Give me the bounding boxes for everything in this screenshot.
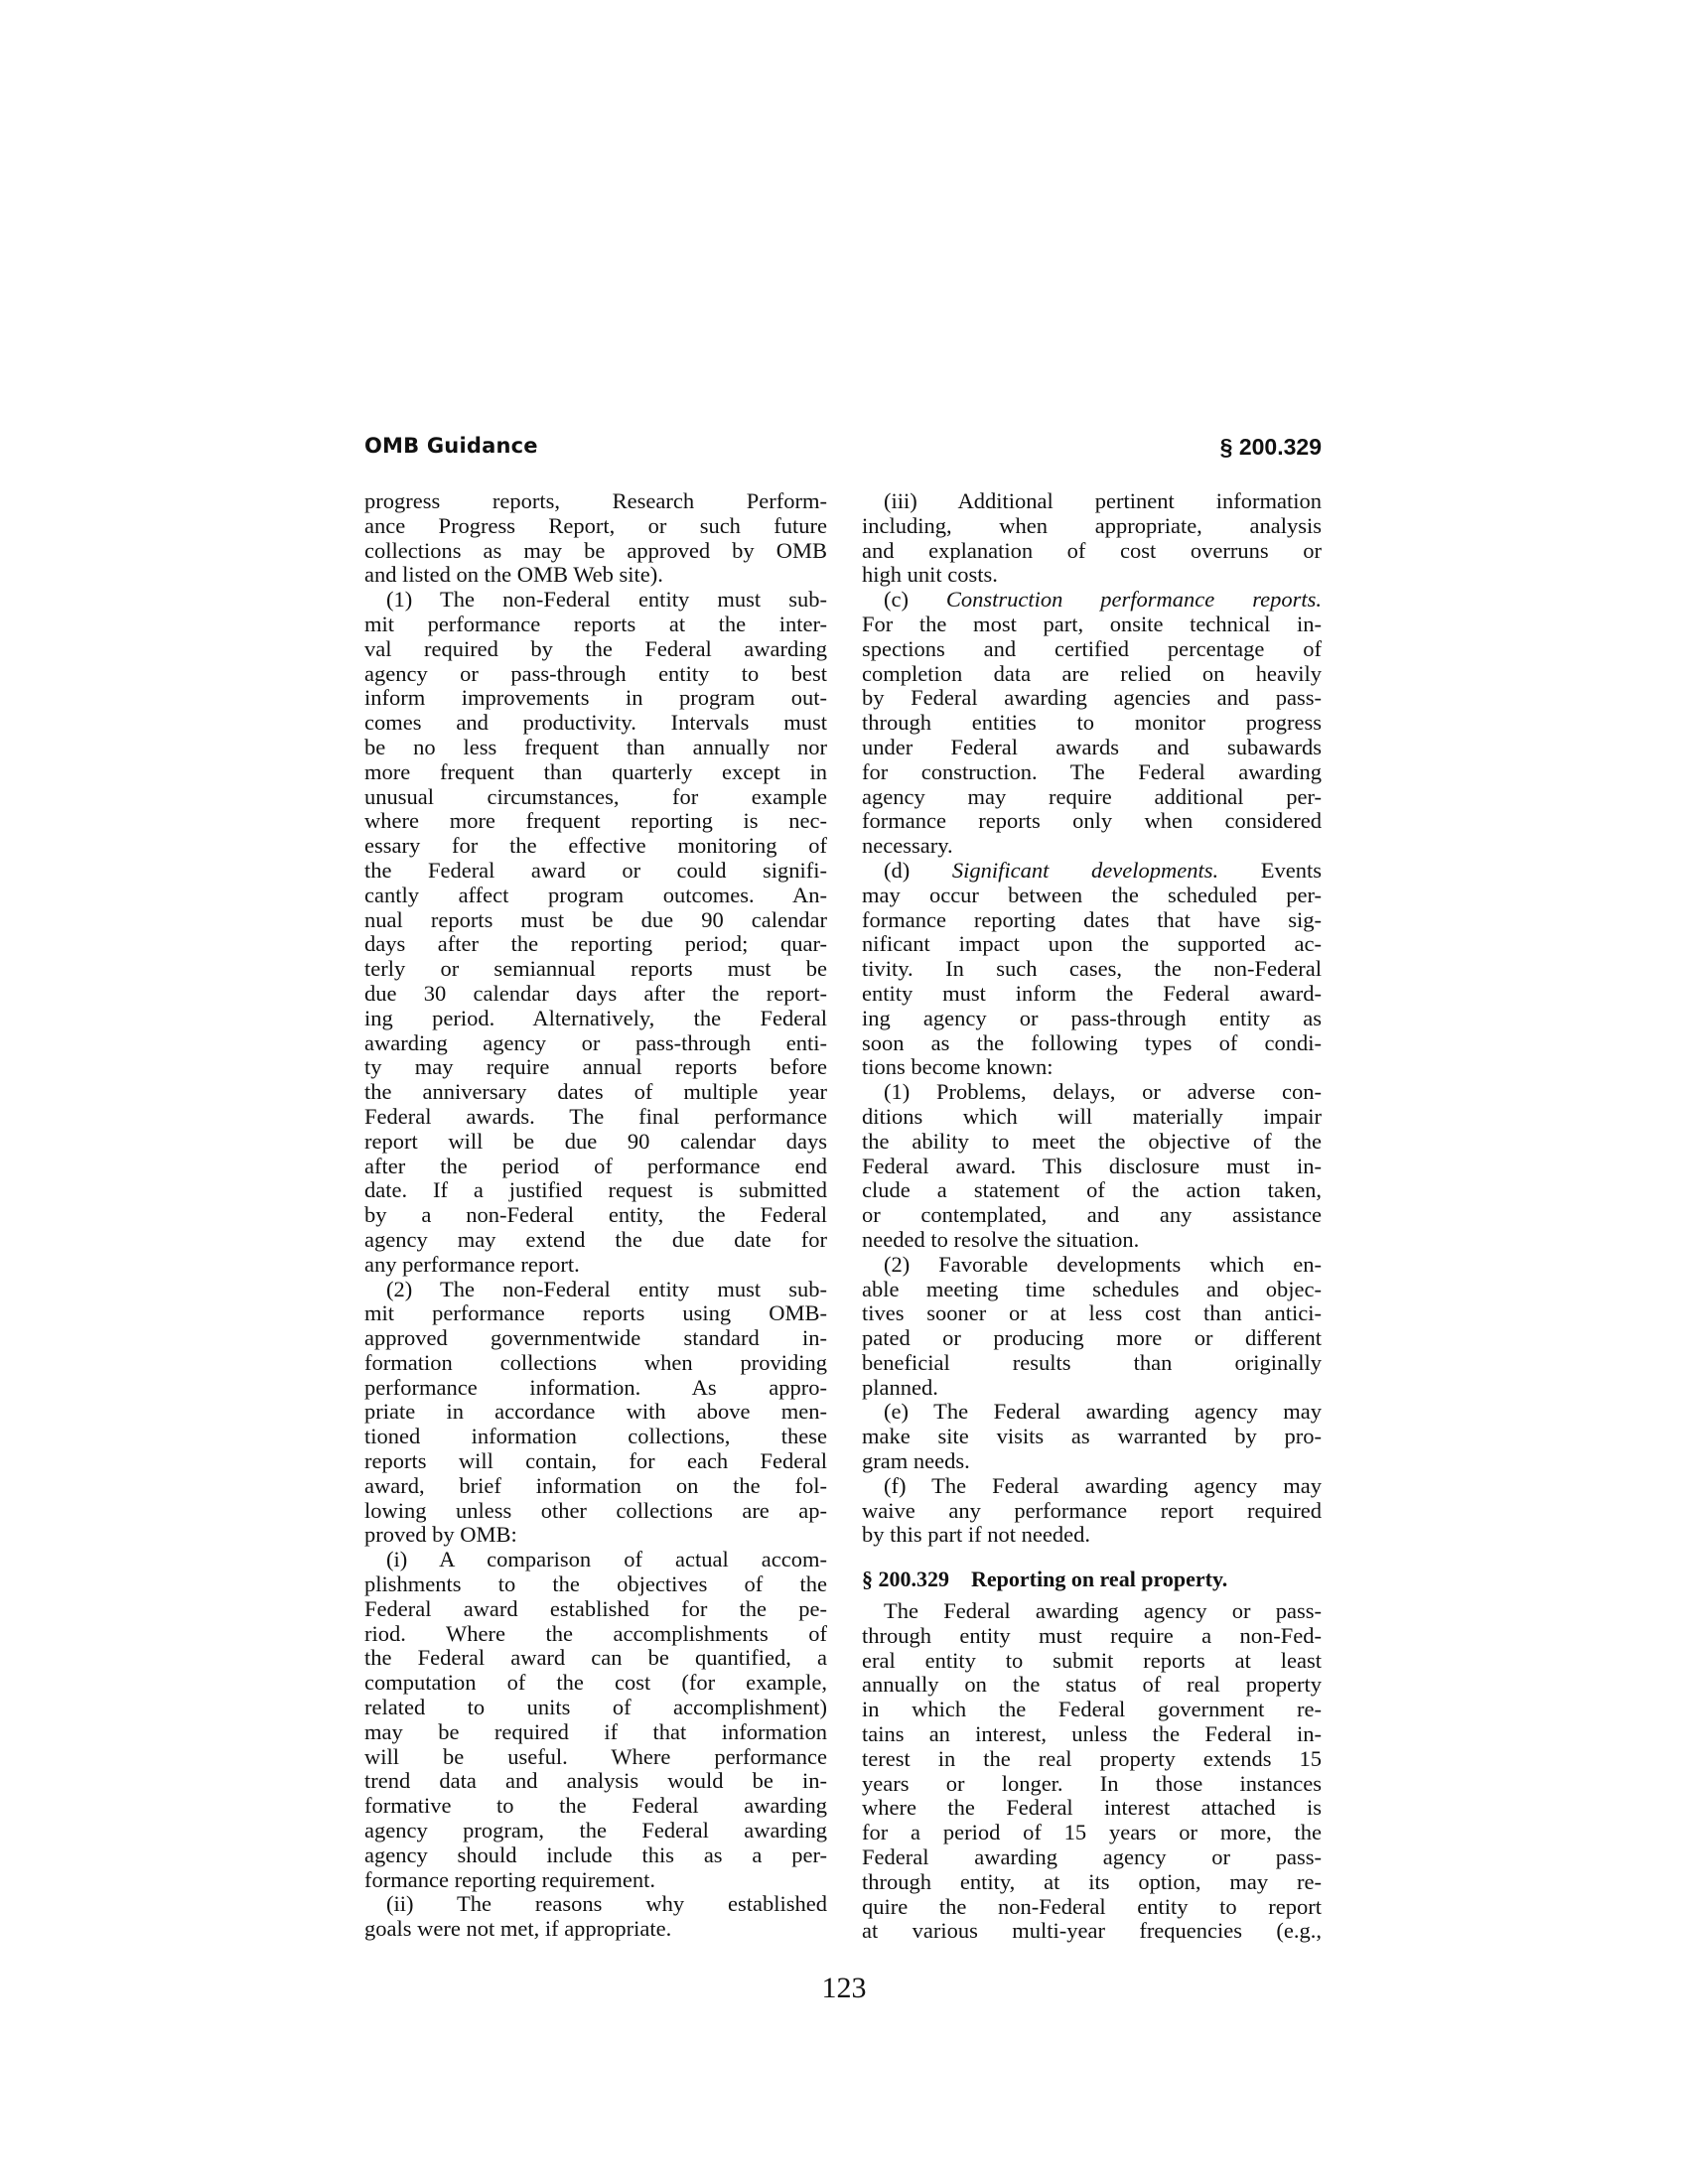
text-line: awarding agency or pass-through enti- xyxy=(364,1031,827,1056)
text-line: for a period of 15 years or more, the xyxy=(862,1821,1322,1845)
text-line: ing period. Alternatively, the Federal xyxy=(364,1007,827,1031)
text-line: report will be due 90 calendar days xyxy=(364,1130,827,1155)
text-line: by a non-Federal entity, the Federal xyxy=(364,1203,827,1228)
page-number: 123 xyxy=(0,1972,1688,2005)
text-line: entity must inform the Federal award- xyxy=(862,982,1322,1007)
text-line: formation collections when providing xyxy=(364,1351,827,1376)
text-line: (iii) Additional pertinent information xyxy=(862,489,1322,514)
text-line: annually on the status of real property xyxy=(862,1673,1322,1698)
text-line: riod. Where the accomplishments of xyxy=(364,1622,827,1647)
text-line: through entity, at its option, may re- xyxy=(862,1870,1322,1895)
text-line: formance reporting requirement. xyxy=(364,1868,827,1893)
text-line: approved governmentwide standard in- xyxy=(364,1326,827,1351)
text-line: mit performance reports at the inter- xyxy=(364,613,827,637)
text-line: tivity. In such cases, the non-Federal xyxy=(862,957,1322,982)
text-line: nificant impact upon the supported ac- xyxy=(862,932,1322,957)
left-column: progress reports, Research Perform-ance … xyxy=(364,489,827,1942)
text-line: planned. xyxy=(862,1376,1322,1401)
text-line: waive any performance report required xyxy=(862,1499,1322,1524)
text-line: due 30 calendar days after the report- xyxy=(364,982,827,1007)
text-line: (i) A comparison of actual accom- xyxy=(364,1548,827,1572)
text-line: Federal awarding agency or pass- xyxy=(862,1845,1322,1870)
text-line: (d) Significant developments. Events xyxy=(862,859,1322,884)
text-line: agency or pass-through entity to best xyxy=(364,662,827,687)
text-line: computation of the cost (for example, xyxy=(364,1671,827,1696)
text-line: necessary. xyxy=(862,834,1322,859)
text-line: at various multi-year frequencies (e.g., xyxy=(862,1919,1322,1944)
paragraph-label: (c) xyxy=(884,587,946,612)
text-line: collections as may be approved by OMB xyxy=(364,539,827,564)
text-line: including, when appropriate, analysis xyxy=(862,514,1322,539)
text-line: be no less frequent than annually nor xyxy=(364,736,827,760)
text-line: soon as the following types of condi- xyxy=(862,1031,1322,1056)
text-line: cantly affect program outcomes. An- xyxy=(364,884,827,908)
text-line: lowing unless other collections are ap- xyxy=(364,1499,827,1524)
text-line: related to units of accomplishment) xyxy=(364,1696,827,1720)
text-line: tives sooner or at less cost than antici… xyxy=(862,1301,1322,1326)
text-line: tioned information collections, these xyxy=(364,1425,827,1449)
text-line: val required by the Federal awarding xyxy=(364,637,827,662)
text-line: essary for the effective monitoring of xyxy=(364,834,827,859)
text-line: by Federal awarding agencies and pass- xyxy=(862,686,1322,711)
text-line: completion data are relied on heavily xyxy=(862,662,1322,687)
text-line: spections and certified percentage of xyxy=(862,637,1322,662)
text-line: for construction. The Federal awarding xyxy=(862,760,1322,785)
text-line: (2) Favorable developments which en- xyxy=(862,1253,1322,1278)
text-line: ty may require annual reports before xyxy=(364,1055,827,1080)
text-line: where more frequent reporting is nec- xyxy=(364,809,827,834)
running-head-section: § 200.329 xyxy=(1220,434,1322,461)
text-line: terly or semiannual reports must be xyxy=(364,957,827,982)
text-line: tains an interest, unless the Federal in… xyxy=(862,1722,1322,1747)
italic-subheading: Significant developments. xyxy=(952,858,1218,883)
text-line: (ii) The reasons why established xyxy=(364,1892,827,1917)
text-line: more frequent than quarterly except in xyxy=(364,760,827,785)
text-line: ance Progress Report, or such future xyxy=(364,514,827,539)
text-line: the Federal award or could signifi- xyxy=(364,859,827,884)
text-line: under Federal awards and subawards xyxy=(862,736,1322,760)
text-line: may occur between the scheduled per- xyxy=(862,884,1322,908)
text-line: the ability to meet the objective of the xyxy=(862,1130,1322,1155)
paragraph-label: (d) xyxy=(884,858,952,883)
text-line: beneficial results than originally xyxy=(862,1351,1322,1376)
text-line: priate in accordance with above men- xyxy=(364,1400,827,1425)
text-line: plishments to the objectives of the xyxy=(364,1572,827,1597)
text-line: able meeting time schedules and objec- xyxy=(862,1278,1322,1302)
text-line: formance reports only when considered xyxy=(862,809,1322,834)
text-line: inform improvements in program out- xyxy=(364,686,827,711)
text-line: will be useful. Where performance xyxy=(364,1745,827,1770)
text-line: days after the reporting period; quar- xyxy=(364,932,827,957)
text-line: by this part if not needed. xyxy=(862,1523,1322,1548)
text-line: performance information. As appro- xyxy=(364,1376,827,1401)
text-line: formance reporting dates that have sig- xyxy=(862,908,1322,933)
text-line: agency may extend the due date for xyxy=(364,1228,827,1253)
text-line: where the Federal interest attached is xyxy=(862,1796,1322,1821)
text-line: and listed on the OMB Web site). xyxy=(364,563,827,588)
section-number: § 200.329 xyxy=(862,1567,949,1591)
running-head: OMB Guidance § 200.329 xyxy=(364,434,1322,464)
text-line: high unit costs. xyxy=(862,563,1322,588)
text-line: needed to resolve the situation. xyxy=(862,1228,1322,1253)
text-line: agency program, the Federal awarding xyxy=(364,1819,827,1843)
text-line: For the most part, onsite technical in- xyxy=(862,613,1322,637)
right-column-text-after-heading: The Federal awarding agency or pass-thro… xyxy=(862,1599,1322,1944)
italic-subheading: Construction performance reports. xyxy=(946,587,1322,612)
text-line: ditions which will materially impair xyxy=(862,1105,1322,1130)
text-line: trend data and analysis would be in- xyxy=(364,1769,827,1794)
text-line: (2) The non-Federal entity must sub- xyxy=(364,1278,827,1302)
running-head-title: OMB Guidance xyxy=(364,434,538,458)
text-line: unusual circumstances, for example xyxy=(364,785,827,810)
text-line: gram needs. xyxy=(862,1449,1322,1474)
text-line: award, brief information on the fol- xyxy=(364,1474,827,1499)
text-line: and explanation of cost overruns or xyxy=(862,539,1322,564)
text-line: may be required if that information xyxy=(364,1720,827,1745)
text-line: tions become known: xyxy=(862,1055,1322,1080)
right-column: (iii) Additional pertinent informationin… xyxy=(862,489,1322,1944)
text-run: Events xyxy=(1218,858,1322,883)
text-line: any performance report. xyxy=(364,1253,827,1278)
right-column-text-before-heading: (iii) Additional pertinent informationin… xyxy=(862,489,1322,1548)
text-line: terest in the real property extends 15 xyxy=(862,1747,1322,1772)
text-line: reports will contain, for each Federal xyxy=(364,1449,827,1474)
text-line: agency may require additional per- xyxy=(862,785,1322,810)
text-line: proved by OMB: xyxy=(364,1523,827,1548)
section-heading: § 200.329Reporting on real property. xyxy=(862,1568,1322,1592)
text-line: formative to the Federal awarding xyxy=(364,1794,827,1819)
text-line: pated or producing more or different xyxy=(862,1326,1322,1351)
text-line: or contemplated, and any assistance xyxy=(862,1203,1322,1228)
text-line: the Federal award can be quantified, a xyxy=(364,1646,827,1671)
text-line: (1) The non-Federal entity must sub- xyxy=(364,588,827,613)
text-line: make site visits as warranted by pro- xyxy=(862,1425,1322,1449)
text-line: ing agency or pass-through entity as xyxy=(862,1007,1322,1031)
text-line: goals were not met, if appropriate. xyxy=(364,1917,827,1942)
text-line: (e) The Federal awarding agency may xyxy=(862,1400,1322,1425)
text-line: Federal award established for the pe- xyxy=(364,1597,827,1622)
text-line: nual reports must be due 90 calendar xyxy=(364,908,827,933)
text-line: Federal award. This disclosure must in- xyxy=(862,1155,1322,1179)
text-line: through entities to monitor progress xyxy=(862,711,1322,736)
text-line: date. If a justified request is submitte… xyxy=(364,1178,827,1203)
text-line: progress reports, Research Perform- xyxy=(364,489,827,514)
text-line: the anniversary dates of multiple year xyxy=(364,1080,827,1105)
text-line: comes and productivity. Intervals must xyxy=(364,711,827,736)
text-line: Federal awards. The final performance xyxy=(364,1105,827,1130)
text-line: years or longer. In those instances xyxy=(862,1772,1322,1797)
text-line: quire the non-Federal entity to report xyxy=(862,1895,1322,1920)
text-line: in which the Federal government re- xyxy=(862,1698,1322,1722)
text-line: clude a statement of the action taken, xyxy=(862,1178,1322,1203)
text-line: (1) Problems, delays, or adverse con- xyxy=(862,1080,1322,1105)
text-line: through entity must require a non-Fed- xyxy=(862,1624,1322,1649)
text-line: agency should include this as a per- xyxy=(364,1843,827,1868)
text-line: (f) The Federal awarding agency may xyxy=(862,1474,1322,1499)
text-line: after the period of performance end xyxy=(364,1155,827,1179)
text-line: The Federal awarding agency or pass- xyxy=(862,1599,1322,1624)
section-title: Reporting on real property. xyxy=(971,1567,1227,1591)
text-line: eral entity to submit reports at least xyxy=(862,1649,1322,1674)
text-line: (c) Construction performance reports. xyxy=(862,588,1322,613)
text-line: mit performance reports using OMB- xyxy=(364,1301,827,1326)
